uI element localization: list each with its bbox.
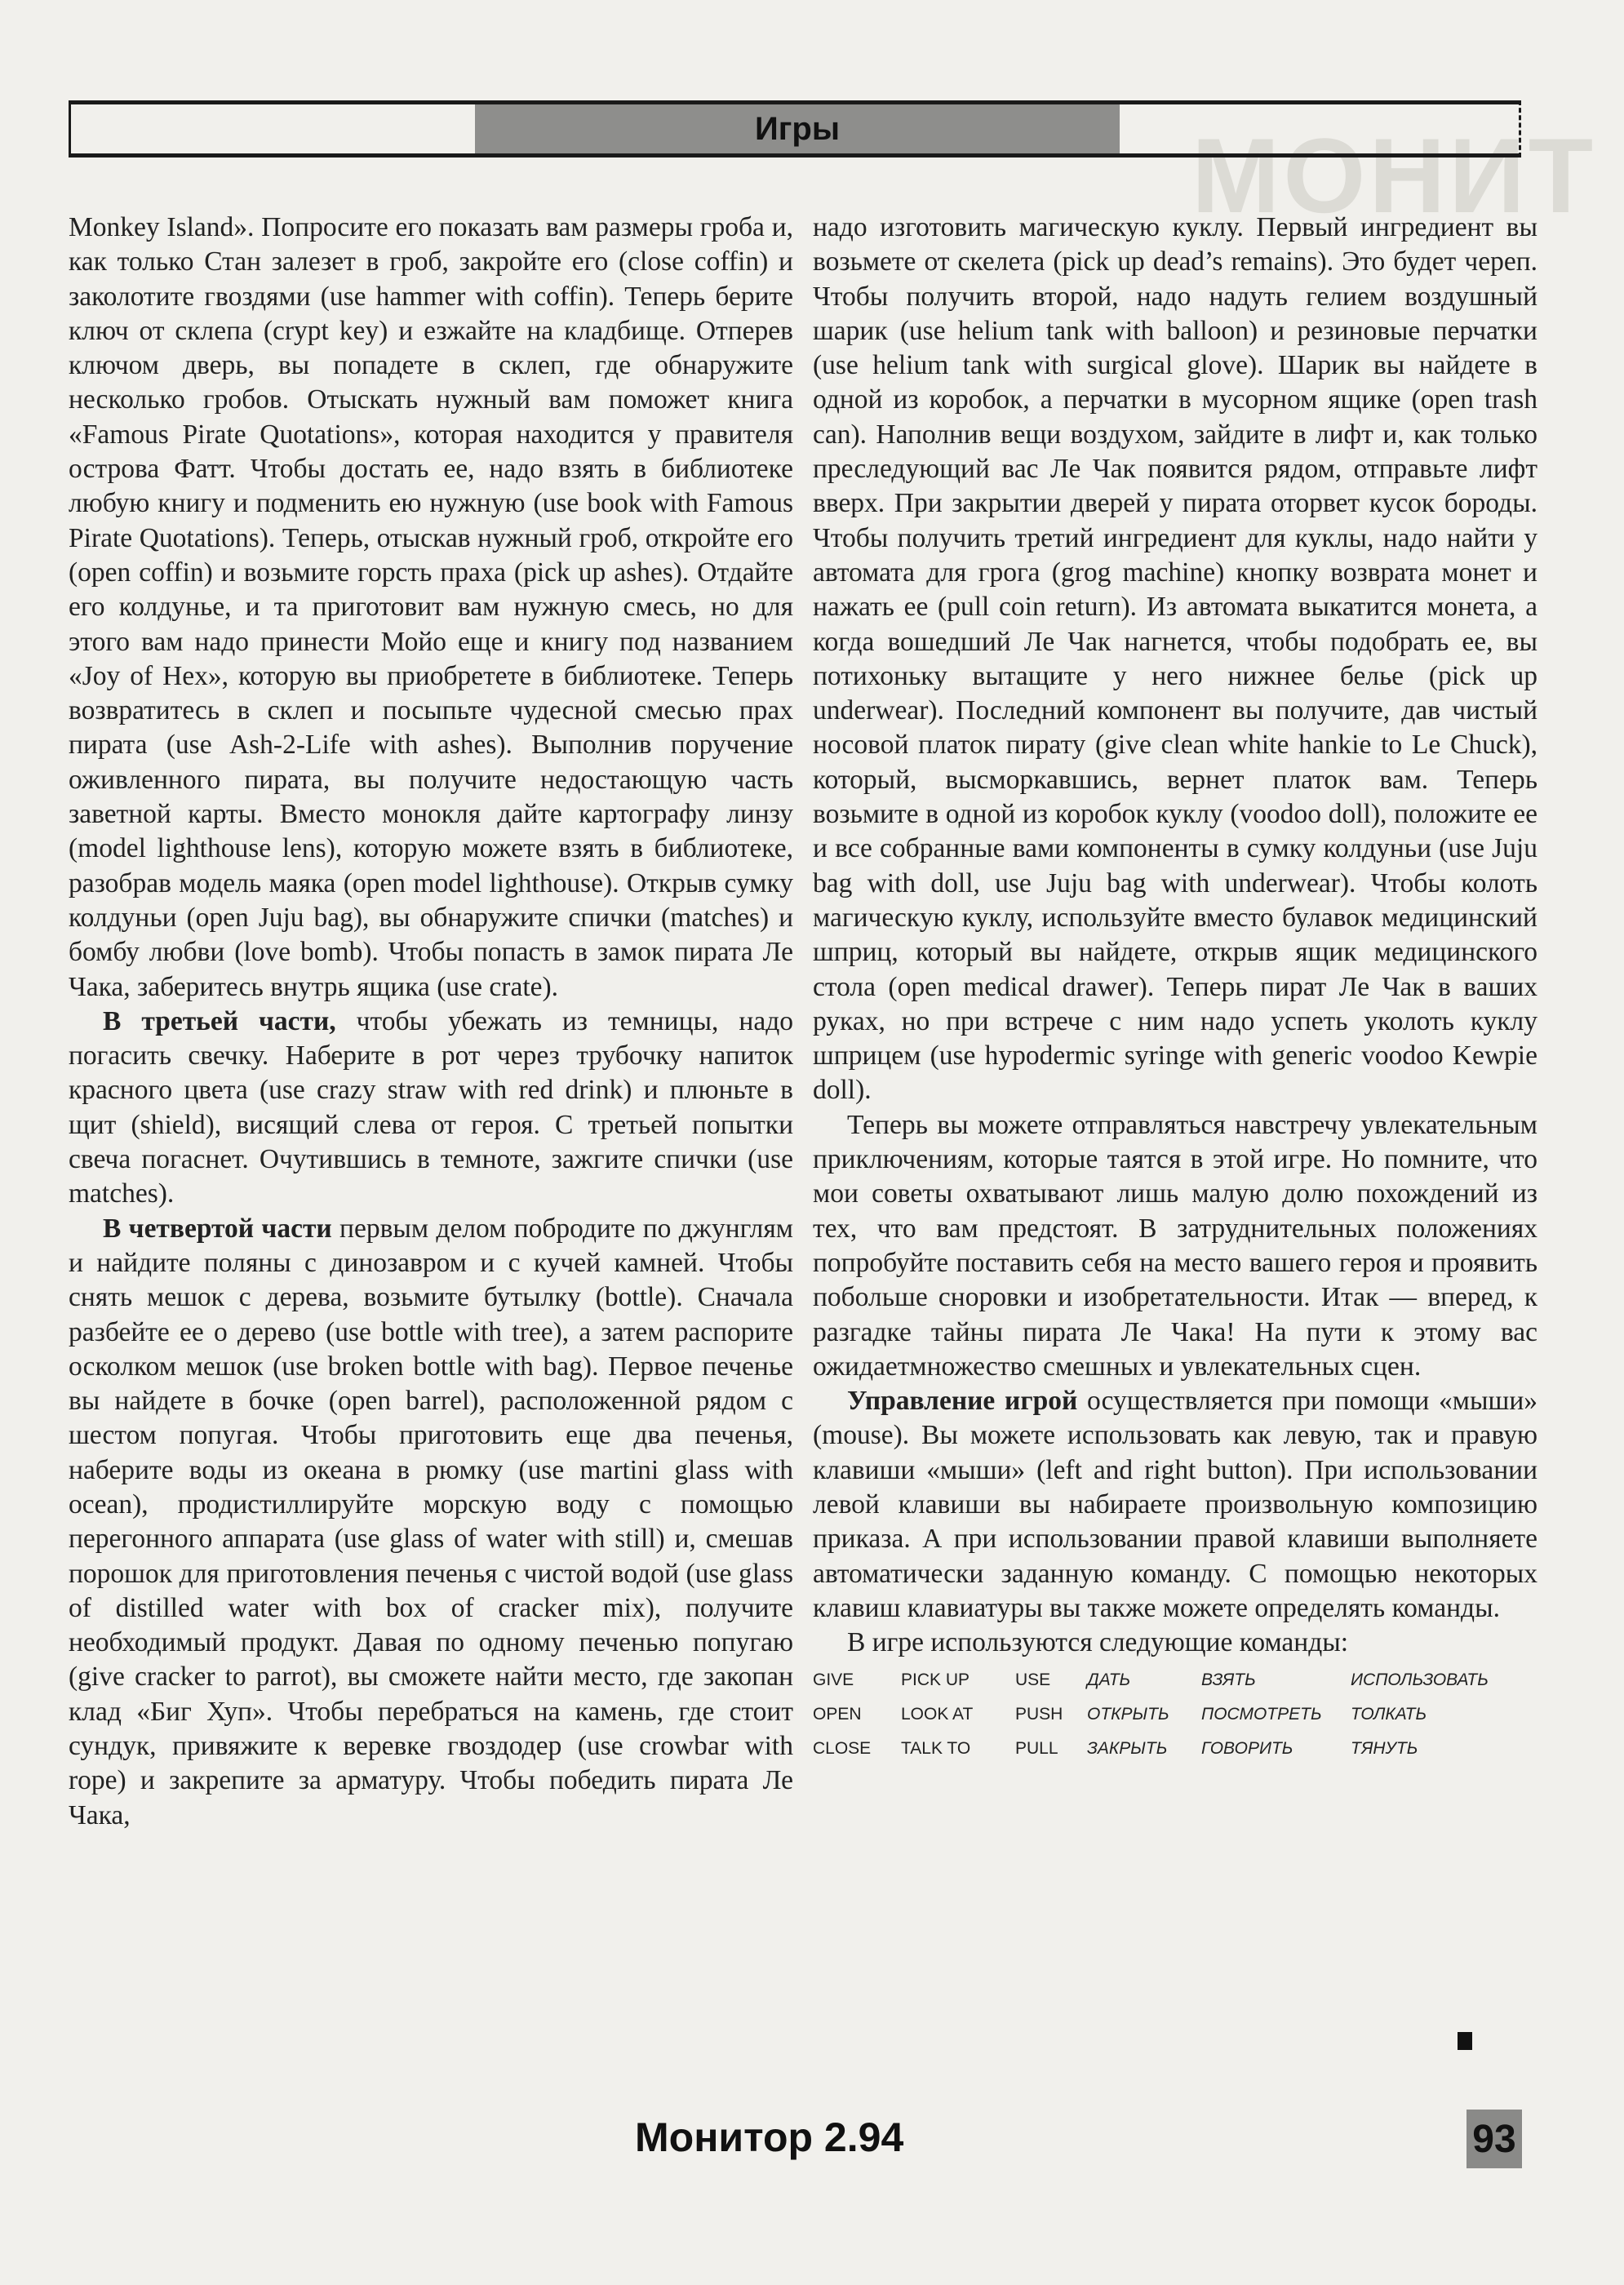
command-ru: ГОВОРИТЬ — [1201, 1732, 1351, 1766]
commands-row: CLOSE TALK TO PULL ЗАКРЫТЬ ГОВОРИТЬ ТЯНУ… — [813, 1732, 1537, 1766]
command-en: CLOSE — [813, 1732, 901, 1766]
commands-row: GIVE PICK UP USE ДАТЬ ВЗЯТЬ ИСПОЛЬЗОВАТЬ — [813, 1663, 1537, 1697]
subheading-third-part: В третьей части, — [103, 1006, 336, 1036]
command-ru: ПОСМОТРЕТЬ — [1201, 1697, 1351, 1732]
paragraph-text: чтобы убежать из темницы, надо погасить … — [69, 1006, 793, 1209]
commands-table: GIVE PICK UP USE ДАТЬ ВЗЯТЬ ИСПОЛЬЗОВАТЬ… — [813, 1663, 1537, 1766]
page-number: 93 — [1472, 2117, 1515, 2162]
command-ru: ДАТЬ — [1087, 1663, 1201, 1697]
right-column: надо изготовить магическую куклу. Первый… — [813, 211, 1537, 1766]
command-ru: ТОЛКАТЬ — [1351, 1697, 1427, 1732]
command-en: TALK TO — [901, 1732, 1015, 1766]
command-ru: ТЯНУТЬ — [1351, 1732, 1418, 1766]
command-ru: ВЗЯТЬ — [1201, 1663, 1351, 1697]
commands-row: OPEN LOOK AT PUSH ОТКРЫТЬ ПОСМОТРЕТЬ ТОЛ… — [813, 1697, 1537, 1732]
commands-intro: В игре используются следующие команды: — [813, 1626, 1537, 1660]
paragraph: Monkey Island». Попросите его показать в… — [69, 211, 793, 1005]
section-header-band: Игры — [475, 104, 1120, 153]
subheading-fourth-part: В четвертой части — [103, 1213, 332, 1244]
subheading-controls: Управление игрой — [847, 1386, 1077, 1416]
section-title: Игры — [755, 111, 840, 148]
paragraph: надо изготовить магическую куклу. Первый… — [813, 211, 1537, 1108]
end-of-article-square-icon — [1458, 2032, 1472, 2050]
command-en: GIVE — [813, 1663, 901, 1697]
command-en: PULL — [1015, 1732, 1087, 1766]
paragraph-conclusion: Теперь вы можете отправляться навстречу … — [813, 1108, 1537, 1384]
paragraph-text: осуществляется при помощи «мыши» (mouse)… — [813, 1386, 1537, 1623]
section-header: Игры — [69, 100, 1521, 158]
left-column: Monkey Island». Попросите его показать в… — [69, 211, 793, 1833]
page-number-box: 93 — [1466, 2110, 1522, 2168]
command-en: LOOK AT — [901, 1697, 1015, 1732]
paragraph-fourth-part: В четвертой части первым делом побродите… — [69, 1212, 793, 1833]
paragraph-text: первым делом побродите по джунглям и най… — [69, 1213, 793, 1830]
paragraph-controls: Управление игрой осуществляется при помо… — [813, 1384, 1537, 1626]
command-en: USE — [1015, 1663, 1087, 1697]
paragraph-third-part: В третьей части, чтобы убежать из темниц… — [69, 1005, 793, 1212]
command-en: PUSH — [1015, 1697, 1087, 1732]
command-en: PICK UP — [901, 1663, 1015, 1697]
magazine-issue-label: Монитор 2.94 — [635, 2114, 903, 2161]
command-ru: ЗАКРЫТЬ — [1087, 1732, 1201, 1766]
command-ru: ОТКРЫТЬ — [1087, 1697, 1201, 1732]
command-ru: ИСПОЛЬЗОВАТЬ — [1351, 1663, 1489, 1697]
command-en: OPEN — [813, 1697, 901, 1732]
